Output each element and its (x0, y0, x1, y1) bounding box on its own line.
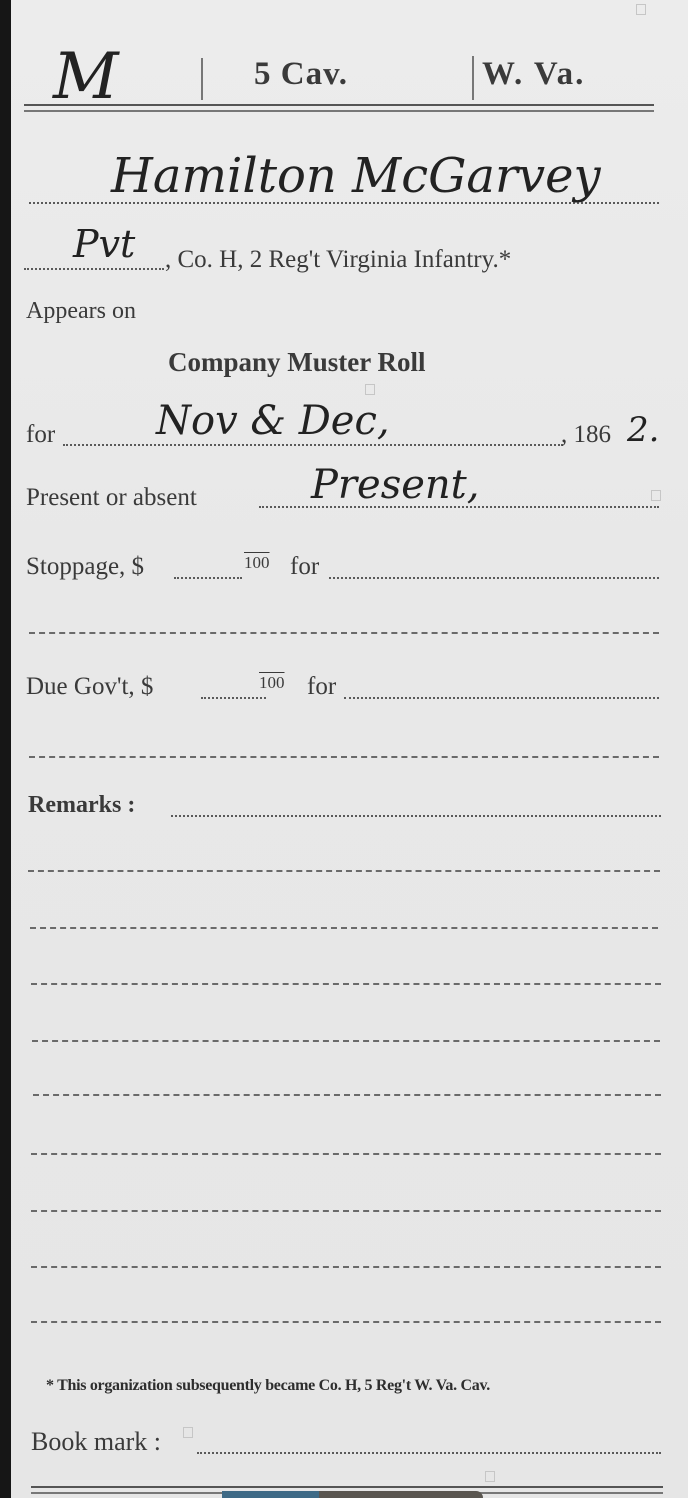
header-unit: 5 Cav. (254, 56, 348, 93)
stoppage-for-label: for (290, 553, 319, 581)
header-rule (24, 104, 654, 112)
header-divider-1 (201, 58, 203, 100)
remarks-line-0 (171, 815, 661, 817)
muster-roll-card: M 5 Cav. W. Va. Hamilton McGarvey Pvt , … (11, 0, 688, 1498)
remarks-line-6 (31, 1153, 661, 1155)
remarks-line-5 (33, 1094, 661, 1096)
remarks-label: Remarks : (28, 792, 135, 819)
viewer-bottom-bar (319, 1491, 483, 1498)
remarks-line-4 (32, 1040, 660, 1042)
header-initial: M (53, 40, 119, 114)
remarks-line-2 (30, 927, 658, 929)
period-value: Nov & Dec, (156, 398, 390, 444)
period-line (63, 444, 563, 446)
remarks-line-9 (31, 1321, 661, 1323)
book-mark-line (197, 1452, 661, 1454)
stoppage-continuation-line (29, 632, 659, 634)
scan-artifact-mark (183, 1427, 193, 1438)
header-divider-2 (472, 56, 474, 100)
viewer-bottom-bar-accent (222, 1491, 319, 1498)
scan-artifact-mark (485, 1471, 495, 1482)
period-year-prefix: , 186 (561, 421, 611, 449)
due-govt-continuation-line (29, 756, 659, 758)
footnote: * This organization subsequently became … (46, 1377, 490, 1395)
due-govt-dollar-line (201, 697, 266, 699)
due-govt-for-label: for (307, 673, 336, 701)
presence-value: Present, (311, 462, 479, 508)
due-govt-label: Due Gov't, $ (26, 673, 153, 701)
presence-label: Present or absent (26, 484, 197, 512)
period-year-suffix: 2. (627, 410, 659, 450)
due-govt-for-line (344, 697, 659, 699)
roll-type: Company Muster Roll (168, 347, 426, 378)
remarks-line-7 (31, 1210, 661, 1212)
stoppage-cents: 100 (244, 553, 270, 573)
remarks-line-3 (31, 983, 661, 985)
scan-artifact-mark (636, 4, 646, 15)
period-label: for (26, 421, 55, 449)
header-state: W. Va. (482, 56, 585, 93)
soldier-name: Hamilton McGarvey (111, 148, 601, 204)
stoppage-dollar-line (174, 577, 242, 579)
appears-on-label: Appears on (26, 298, 136, 325)
soldier-rank: Pvt (73, 222, 135, 266)
stoppage-label: Stoppage, $ (26, 553, 144, 581)
rank-line (24, 268, 164, 270)
scan-artifact-mark (365, 384, 375, 395)
scan-artifact-mark (651, 490, 661, 501)
book-mark-label: Book mark : (31, 1427, 161, 1457)
scan-left-edge (0, 0, 11, 1498)
remarks-line-8 (31, 1266, 661, 1268)
soldier-organization: , Co. H, 2 Reg't Virginia Infantry.* (165, 246, 511, 274)
stoppage-for-line (329, 577, 659, 579)
remarks-line-1 (28, 870, 660, 872)
due-govt-cents: 100 (259, 673, 285, 693)
